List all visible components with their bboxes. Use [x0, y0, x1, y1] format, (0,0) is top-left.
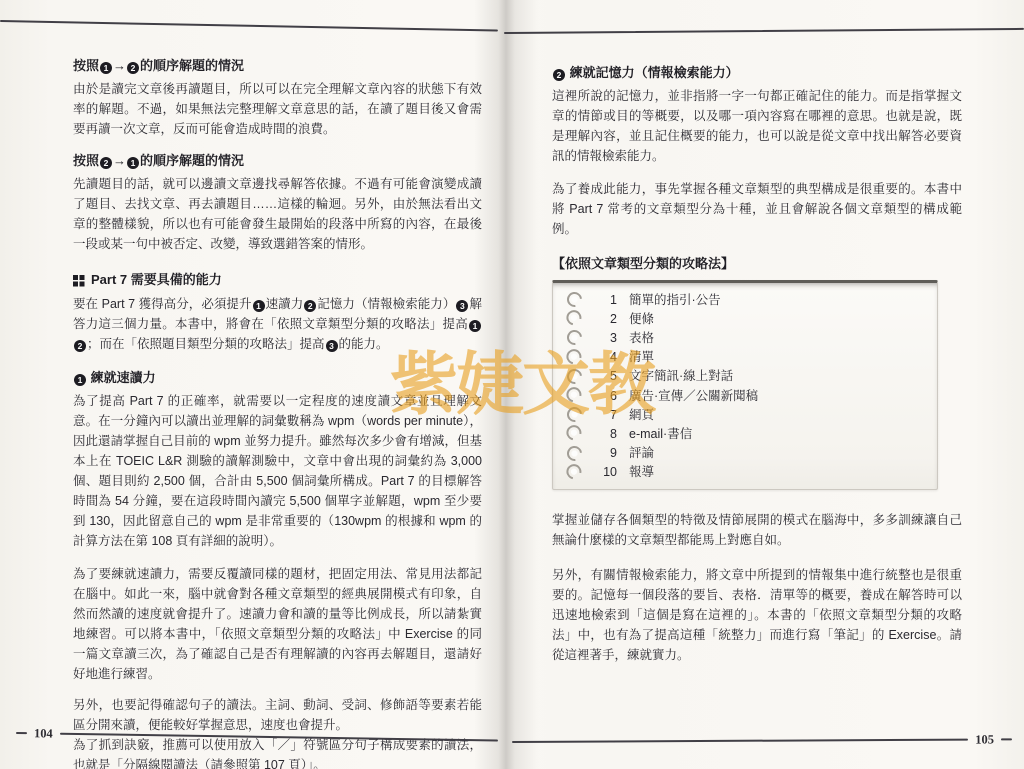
list-item: 7 網頁 — [553, 405, 927, 424]
list-item-number: 3 — [595, 328, 617, 348]
passage-type-box-title: 【依照文章類型分類的攻略法】 — [552, 255, 962, 273]
list-item-label: 報導 — [629, 462, 927, 482]
paragraph: 為了要練就速讀力，需要反覆讀同樣的題材，把固定用法、常見用法都記在腦中。如此一來… — [73, 564, 482, 684]
footer-right: 105 — [512, 733, 1012, 748]
page-right: 2 練就記憶力（情報檢索能力） 這裡所說的記憶力，並非指將一字一句都正確記住的能… — [500, 0, 1024, 769]
list-item-number: 1 — [595, 290, 617, 310]
binder-ring-icon — [563, 289, 584, 310]
list-item: 2 便條 — [553, 309, 927, 328]
list-item-number: 9 — [595, 443, 617, 463]
list-item-number: 10 — [595, 462, 617, 482]
footer-rule-segment — [512, 739, 968, 744]
circled-1-icon: 1 — [100, 62, 112, 74]
list-item-number: 6 — [595, 386, 617, 406]
binder-ring-icon — [563, 327, 584, 348]
section-heading-label: Part 7 需要具備的能力 — [91, 271, 222, 289]
list-item: 6 廣告·宣傳／公關新聞稿 — [553, 386, 927, 405]
binder-ring-icon — [563, 461, 584, 482]
list-item: 1 簡單的指引·公告 — [553, 290, 927, 309]
circled-1-icon: 1 — [469, 320, 481, 332]
list-item: 5 文字簡訊·線上對話 — [553, 367, 927, 386]
list-item-label: 表格 — [629, 328, 927, 348]
circled-1-icon: 1 — [253, 300, 265, 312]
list-item-number: 4 — [595, 347, 617, 367]
circled-1-icon: 1 — [127, 157, 139, 169]
list-item: 4 清單 — [553, 348, 927, 367]
list-item: 8 e-mail·書信 — [553, 424, 927, 443]
footer-rule-segment — [16, 732, 27, 734]
circled-3-icon: 3 — [456, 300, 468, 312]
heading-order-1-2: 按照1→2的順序解題的情況 — [73, 57, 482, 75]
paragraph: 由於是讀完文章後再讀題目，所以可以在完全理解文章內容的狀態下有效率的解題。不過，… — [73, 79, 482, 139]
top-rule-right — [504, 28, 1024, 34]
list-item-label: 評論 — [629, 443, 927, 463]
circled-2-icon: 2 — [74, 340, 86, 352]
heading-speed-reading: 1 練就速讀力 — [73, 369, 482, 387]
list-item-label: 清單 — [629, 347, 927, 367]
left-text-column: 按照1→2的順序解題的情況 由於是讀完文章後再讀題目，所以可以在完全理解文章內容… — [73, 57, 482, 769]
paragraph: 這裡所說的記憶力，並非指將一字一句都正確記住的能力。而是指掌握文章的情節或目的等… — [552, 86, 962, 166]
section-heading-part7-skills: Part 7 需要具備的能力 — [73, 271, 482, 289]
paragraph: 為了養成此能力，事先掌握各種文章類型的典型構成是很重要的。本書中將 Part 7… — [552, 179, 962, 239]
paragraph: 掌握並儲存各個類型的特徵及情節展開的模式在腦海中，多多訓練讓自己無論什麼樣的文章… — [552, 510, 962, 550]
binder-ring-icon — [563, 423, 584, 444]
paragraph: 要在 Part 7 獲得高分，必須提升1速讀力2記憶力（情報檢索能力）3解答力這… — [73, 294, 482, 354]
book-spread: 按照1→2的順序解題的情況 由於是讀完文章後再讀題目，所以可以在完全理解文章內容… — [0, 0, 1024, 769]
list-item: 9 評論 — [553, 444, 927, 463]
list-item-label: 廣告·宣傳／公關新聞稿 — [629, 386, 927, 406]
footer-rule-segment — [60, 733, 498, 742]
list-item-label: 網頁 — [629, 405, 927, 425]
page-left: 按照1→2的順序解題的情況 由於是讀完文章後再讀題目，所以可以在完全理解文章內容… — [0, 0, 500, 769]
footer-rule-segment — [1001, 739, 1012, 741]
paragraph: 先讀題目的話，就可以邊讀文章邊找尋解答依據。不過有可能會演變成讀了題目、去找文章… — [73, 174, 482, 254]
list-item-label: e-mail·書信 — [629, 424, 927, 444]
list-item-number: 5 — [595, 366, 617, 386]
circled-2-icon: 2 — [100, 157, 112, 169]
binder-ring-icon — [563, 443, 584, 464]
circled-2-icon: 2 — [127, 62, 139, 74]
list-item-label: 簡單的指引·公告 — [629, 290, 927, 310]
circled-1-icon: 1 — [74, 374, 86, 386]
binder-ring-icon — [563, 404, 584, 425]
binder-ring-icon — [563, 366, 584, 387]
paragraph: 另外，有關情報檢索能力，將文章中所提到的情報集中進行統整也是很重要的。記憶每一個… — [552, 565, 962, 665]
circled-2-icon: 2 — [304, 300, 316, 312]
top-rule-left — [0, 20, 498, 32]
circled-3-icon: 3 — [326, 340, 338, 352]
binder-ring-icon — [563, 346, 584, 367]
circled-2-icon: 2 — [553, 69, 565, 81]
grid-squares-icon — [73, 274, 85, 286]
list-item-number: 2 — [595, 309, 617, 329]
paragraph: 為了提高 Part 7 的正確率，就需要以一定程度的速度讀文章並且理解文意。在一… — [73, 391, 482, 551]
list-item: 3 表格 — [553, 328, 927, 347]
heading-memory-skill: 2 練就記憶力（情報檢索能力） — [552, 64, 962, 82]
binder-ring-icon — [563, 308, 584, 329]
list-item-label: 文字簡訊·線上對話 — [629, 366, 927, 386]
list-item-label: 便條 — [629, 309, 927, 329]
heading-order-2-1: 按照2→1的順序解題的情況 — [73, 152, 482, 170]
right-text-column: 2 練就記憶力（情報檢索能力） 這裡所說的記憶力，並非指將一字一句都正確記住的能… — [552, 64, 962, 665]
list-item-number: 8 — [595, 424, 617, 444]
list-item-number: 7 — [595, 405, 617, 425]
list-item: 10 報導 — [553, 463, 927, 482]
page-number-left: 104 — [27, 727, 60, 740]
page-number-right: 105 — [968, 733, 1001, 746]
passage-type-list: 1 簡單的指引·公告 2 便條 3 表格 4 清單 — [552, 280, 938, 490]
binder-ring-icon — [563, 384, 584, 405]
